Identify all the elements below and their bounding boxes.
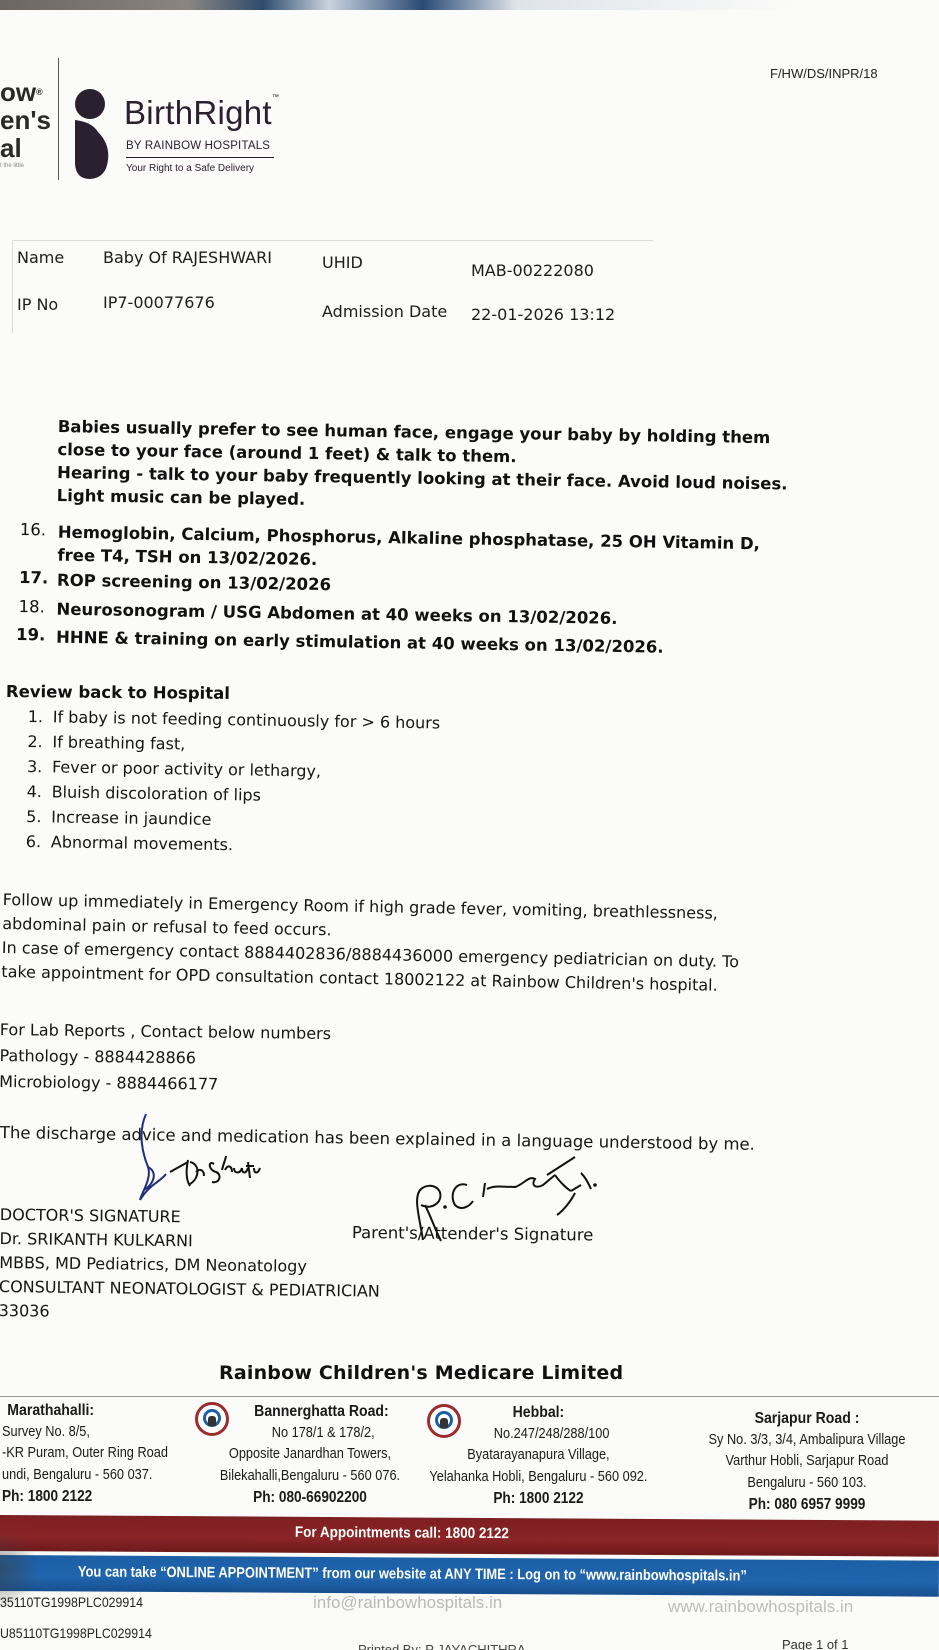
item-number: 16. — [20, 520, 47, 539]
birthright-wordmark: BirthRight™ — [124, 94, 279, 132]
review-item-text: If breathing fast, — [52, 731, 185, 755]
company-name: Rainbow Children's Medicare Limited — [219, 1362, 623, 1384]
declaration-text: The discharge advice and medication has … — [0, 1122, 755, 1156]
cin-number: U85110TG1998PLC029914 — [0, 1625, 152, 1641]
review-item-text: Fever or poor activity or lethargy, — [52, 756, 321, 782]
advice-list: 16. Hemoglobin, Calcium, Phosphorus, Alk… — [18, 520, 20, 653]
logo-tagline: t the little — [0, 162, 51, 170]
doctor-signature-block: DOCTOR'S SIGNATURE Dr. SRIKANTH KULKARNI… — [0, 1203, 381, 1328]
microbiology-contact: Microbiology - 8884466177 — [0, 1069, 331, 1099]
followup-paragraph: Follow up immediately in Emergency Room … — [1, 888, 740, 998]
item-number: 17. — [19, 568, 49, 587]
branch-address-line: Yelahanka Hobli, Bengaluru - 560 092. — [417, 1467, 660, 1489]
cin-number-partial: 35110TG1998PLC029914 — [0, 1594, 143, 1610]
review-heading: Review back to Hospital — [6, 682, 230, 703]
item-number: 19. — [16, 625, 46, 644]
branch-address-line: Sy No. 3/3, 3/4, Ambalipura Village — [675, 1430, 939, 1452]
item-number: 1. — [28, 706, 44, 728]
branch-name: Sarjapur Road : — [675, 1408, 939, 1430]
logo-text-line: ow — [0, 77, 36, 107]
rainbow-logo-partial: ow® en's al t the little — [0, 78, 51, 170]
review-item-text: If baby is not feeding continuously for … — [53, 706, 441, 734]
branch-sarjapur: Sarjapur Road : Sy No. 3/3, 3/4, Ambalip… — [675, 1408, 939, 1516]
uhid-label: UHID — [322, 253, 363, 272]
branch-address-line: No.247/248/288/100 — [417, 1424, 660, 1446]
admission-label: Admission Date — [322, 302, 447, 321]
website-link: www.rainbowhospitals.in — [668, 1597, 853, 1617]
lab-heading: For Lab Reports , Contact below numbers — [0, 1017, 331, 1047]
birthright-logo-icon — [74, 88, 110, 180]
brand-name: BirthRight — [124, 94, 272, 131]
branch-bannerghatta: Bannerghatta Road: No 178/1 & 178/2, Opp… — [200, 1401, 420, 1509]
review-item-text: Abnormal movements. — [51, 831, 234, 856]
branch-address-line: No 178/1 & 178/2, — [200, 1423, 420, 1445]
brand-subtitle: BY RAINBOW HOSPITALS — [126, 140, 270, 152]
pathology-contact: Pathology - 8884428866 — [0, 1043, 331, 1073]
parent-handwritten-signature — [405, 1145, 625, 1245]
branch-name: Marathahalli: — [2, 1400, 168, 1422]
logo-text-line: al — [0, 134, 51, 162]
uhid-value: MAB-00222080 — [471, 261, 594, 280]
branch-address-line: Bilekahalli,Bengaluru - 560 076. — [200, 1466, 420, 1488]
page-number: Page 1 of 1 — [782, 1637, 849, 1650]
item-number: 5. — [26, 806, 42, 828]
form-code: F/HW/DS/INPR/18 — [770, 66, 878, 81]
doctor-reg-number: 33036 — [0, 1299, 380, 1328]
patient-name: Baby Of RAJESHWARI — [103, 248, 272, 267]
branch-name: Bannerghatta Road: — [200, 1401, 420, 1423]
branch-address-line: undi, Bengaluru - 560 037. — [2, 1465, 168, 1487]
appointment-band-text: For Appointments call: 1800 2122 — [295, 1524, 509, 1542]
branch-address-line: Varthur Hobli, Sarjapur Road — [675, 1451, 939, 1473]
registered-mark: ® — [36, 87, 43, 97]
advice-item-text: ROP screening on 13/02/2026 — [57, 569, 331, 597]
lab-contacts: For Lab Reports , Contact below numbers … — [0, 1017, 331, 1099]
contact-email: info@rainbowhospitals.in — [313, 1593, 502, 1613]
item-number: 6. — [26, 831, 42, 853]
logo-divider — [58, 58, 59, 180]
branch-marathahalli: Marathahalli: Survey No. 8/5, -KR Puram,… — [2, 1400, 168, 1508]
doctor-handwritten-signature — [130, 1112, 280, 1212]
item-number: 18. — [18, 597, 45, 616]
branch-address-line: Bengaluru - 560 103. — [675, 1473, 939, 1495]
footer-rule — [0, 1396, 939, 1397]
review-item-text: Increase in jaundice — [51, 806, 212, 831]
branch-phone: Ph: 1800 2122 — [417, 1488, 660, 1510]
name-label: Name — [17, 248, 64, 267]
branch-address-line: Survey No. 8/5, — [2, 1422, 168, 1444]
branch-phone: Ph: 080-66902200 — [200, 1487, 420, 1509]
item-number: 4. — [26, 781, 42, 803]
admission-date: 22-01-2026 13:12 — [471, 305, 615, 324]
branch-phone: Ph: 080 6957 9999 — [675, 1494, 939, 1516]
photo-edge-strip — [0, 0, 939, 10]
online-appointment-text: You can take “ONLINE APPOINTMENT” from o… — [78, 1563, 747, 1584]
ip-label: IP No — [17, 295, 58, 314]
appointment-band: For Appointments call: 1800 2122 — [0, 1515, 939, 1557]
branch-name: Hebbal: — [417, 1402, 660, 1424]
branch-phone: Ph: 1800 2122 — [2, 1486, 168, 1508]
item-number: 3. — [27, 756, 43, 778]
advice-item-text: HHNE & training on early stimulation at … — [56, 626, 664, 659]
advice-paragraph: Babies usually prefer to see human face,… — [57, 415, 789, 518]
doctor-designation: CONSULTANT NEONATOLOGIST & PEDIATRICIAN — [0, 1275, 380, 1304]
branch-address-line: Opposite Janardhan Towers, — [200, 1444, 420, 1466]
item-number: 2. — [27, 731, 43, 753]
review-list: 1.If baby is not feeding continuously fo… — [26, 706, 28, 856]
patient-info-table: Name Baby Of RAJESHWARI UHID MAB-0022208… — [12, 240, 653, 333]
trademark-mark: ™ — [272, 94, 279, 101]
review-item-text: Bluish discoloration of lips — [51, 781, 261, 806]
brand-rule — [126, 157, 274, 158]
ip-number: IP7-00077676 — [103, 293, 215, 312]
advice-item-text: Neurosonogram / USG Abdomen at 40 weeks … — [56, 598, 617, 630]
printed-by: Printed By: P JAYACHITHRA — [358, 1642, 526, 1650]
branch-address-line: -KR Puram, Outer Ring Road — [2, 1443, 168, 1465]
logo-text-line: en's — [0, 106, 51, 134]
branch-address-line: Byatarayanapura Village, — [417, 1445, 660, 1467]
online-appointment-band: You can take “ONLINE APPOINTMENT” from o… — [0, 1555, 939, 1597]
branch-hebbal: Hebbal: No.247/248/288/100 Byatarayanapu… — [417, 1402, 660, 1510]
advice-item: 16. Hemoglobin, Calcium, Phosphorus, Alk… — [19, 520, 20, 568]
brand-tagline: Your Right to a Safe Delivery — [126, 163, 254, 174]
